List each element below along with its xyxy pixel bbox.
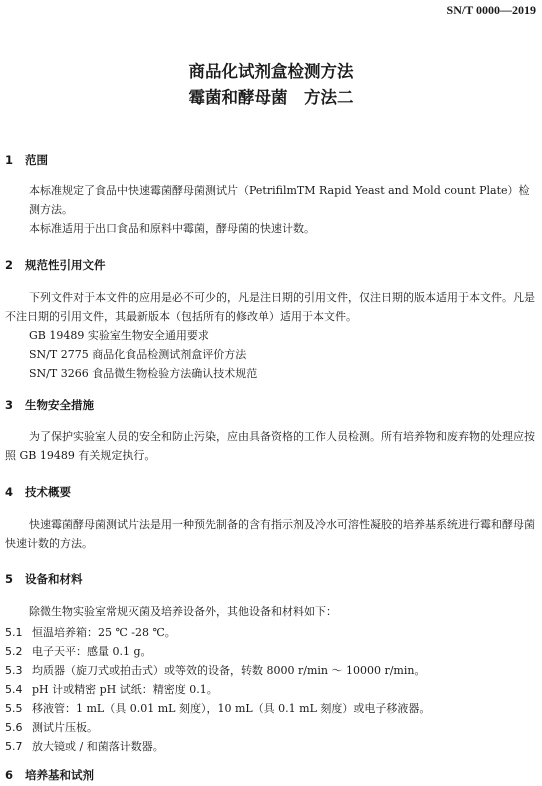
- section-1-para-2: 本标准适用于出口食品和原料中霉菌，酵母菌的快速计数。: [5, 219, 537, 238]
- item-5-5: 5.5移液管：1 mL（具 0.01 mL 刻度），10 mL（具 0.1 mL…: [5, 700, 430, 716]
- section-1-heading: 1范围: [5, 152, 48, 168]
- section-2-heading: 2规范性引用文件: [5, 257, 106, 273]
- section-1-para-1: 本标准规定了食品中快速霉菌酵母菌测试片（PetrifilmTM Rapid Ye…: [5, 181, 537, 219]
- section-4-para-1: 快速霉菌酵母菌测试片法是用一种预先制备的含有指示剂及冷水可溶性凝胶的培养基系统进…: [5, 515, 537, 553]
- doc-title-line2: 霉菌和酵母菌 方法二: [0, 84, 542, 108]
- standard-code: SN/T 0000—2019: [447, 3, 536, 18]
- item-5-3: 5.3均质器（旋刀式或拍击式）或等效的设备，转数 8000 r/min ～ 10…: [5, 662, 425, 678]
- doc-title-line1: 商品化试剂盒检测方法: [0, 58, 542, 82]
- section-5-heading: 5设备和材料: [5, 571, 83, 587]
- item-5-4: 5.4pH 计或精密 pH 试纸：精密度 0.1。: [5, 681, 218, 697]
- section-2-para-1: 下列文件对于本文件的应用是必不可少的，凡是注日期的引用文件，仅注日期的版本适用于…: [5, 288, 537, 326]
- ref-3: SN/T 3266 食品微生物检验方法确认技术规范: [5, 364, 542, 383]
- section-4-heading: 4技术概要: [5, 484, 71, 500]
- section-3-heading: 3生物安全措施: [5, 397, 94, 413]
- ref-2: SN/T 2775 商品化食品检测试剂盒评价方法: [5, 345, 542, 364]
- ref-1: GB 19489 实验室生物安全通用要求: [5, 326, 542, 345]
- item-5-1: 5.1恒温培养箱：25 ℃ -28 ℃。: [5, 624, 176, 640]
- item-5-7: 5.7放大镜或 / 和菌落计数器。: [5, 738, 164, 754]
- item-5-6: 5.6测试片压板。: [5, 719, 98, 735]
- section-6-heading: 6培养基和试剂: [5, 767, 94, 783]
- section-3-para-1: 为了保护实验室人员的安全和防止污染，应由具备资格的工作人员检测。所有培养物和废弃…: [5, 427, 537, 465]
- section-5-para-1: 除微生物实验室常规灭菌及培养设备外，其他设备和材料如下：: [5, 602, 542, 621]
- item-5-2: 5.2电子天平：感量 0.1 g。: [5, 643, 152, 659]
